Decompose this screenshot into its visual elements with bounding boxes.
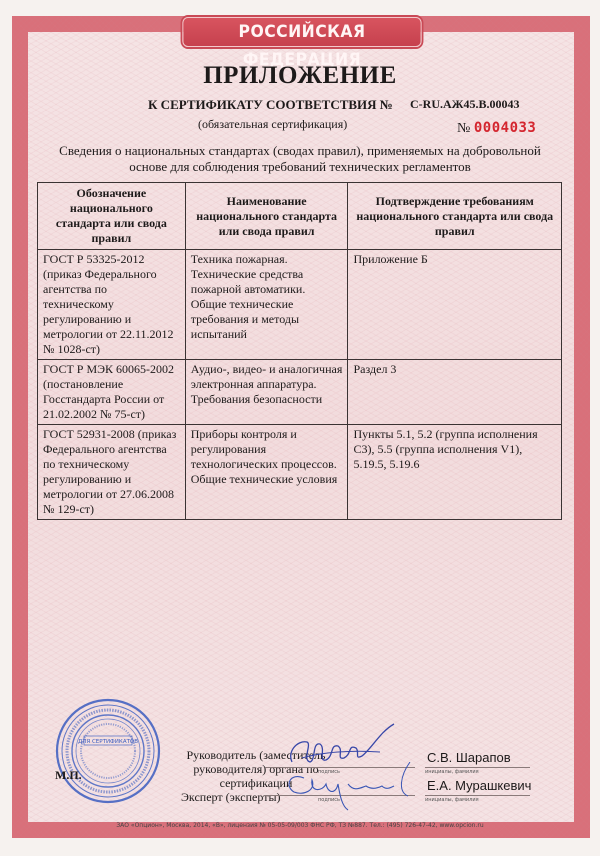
- stamp-place-label: М.П.: [55, 768, 82, 783]
- expert-name-line: [425, 795, 530, 796]
- table-row: ГОСТ Р 53325-2012 (приказ Федерального а…: [38, 250, 562, 360]
- expert-signature-icon: [282, 762, 422, 812]
- cell-name: Аудио-, видео- и аналогичная электронная…: [185, 360, 348, 425]
- serial-prefix: №: [457, 121, 470, 136]
- cell-confirmation: Раздел 3: [348, 360, 562, 425]
- serial-number-block: № 0004033: [457, 120, 536, 137]
- stamp-center-text: ДЛЯ СЕРТИФИКАТОВ: [78, 739, 138, 745]
- cell-name: Приборы контроля и регулирования техноло…: [185, 425, 348, 520]
- certificate-reference-label: К СЕРТИФИКАТУ СООТВЕТСТВИЯ №: [148, 97, 393, 113]
- table-row: ГОСТ 52931-2008 (приказ Федерального аге…: [38, 425, 562, 520]
- standards-table: Обозначение национального стандарта или …: [37, 182, 562, 520]
- official-stamp-icon: ДЛЯ СЕРТИФИКАТОВ: [54, 697, 162, 805]
- cell-designation: ГОСТ Р МЭК 60065-2002 (постановление Гос…: [38, 360, 186, 425]
- cell-designation: ГОСТ Р 53325-2012 (приказ Федерального а…: [38, 250, 186, 360]
- table-row: ГОСТ Р МЭК 60065-2002 (постановление Гос…: [38, 360, 562, 425]
- printer-imprint: ЗАО «Опцион», Москва, 2014, «В», лицензи…: [0, 822, 600, 829]
- cell-confirmation: Пункты 5.1, 5.2 (группа исполнения С3), …: [348, 425, 562, 520]
- head-name: С.В. Шарапов: [427, 750, 511, 765]
- cell-confirmation: Приложение Б: [348, 250, 562, 360]
- cell-designation: ГОСТ 52931-2008 (приказ Федерального аге…: [38, 425, 186, 520]
- column-header-name: Наименование национального стандарта или…: [185, 183, 348, 250]
- column-header-designation: Обозначение национального стандарта или …: [38, 183, 186, 250]
- document-title: ПРИЛОЖЕНИЕ: [0, 62, 600, 90]
- country-banner: РОССИЙСКАЯ ФЕДЕРАЦИЯ: [182, 17, 421, 47]
- table-header-row: Обозначение национального стандарта или …: [38, 183, 562, 250]
- expert-name-caption: инициалы, фамилия: [425, 797, 479, 803]
- column-header-confirmation: Подтверждение требованиям национального …: [348, 183, 562, 250]
- certificate-number: С-RU.АЖ45.В.00043: [410, 97, 520, 112]
- serial-number: 0004033: [474, 120, 537, 136]
- intro-text: Сведения о национальных стандартах (свод…: [40, 143, 560, 175]
- expert-name: Е.А. Мурашкевич: [427, 778, 531, 793]
- cell-name: Техника пожарная. Технические средства п…: [185, 250, 348, 360]
- expert-label: Эксперт (эксперты): [181, 790, 281, 805]
- certification-type: (обязательная сертификация): [198, 117, 347, 132]
- head-name-caption: инициалы, фамилия: [425, 769, 479, 775]
- head-name-line: [425, 767, 530, 768]
